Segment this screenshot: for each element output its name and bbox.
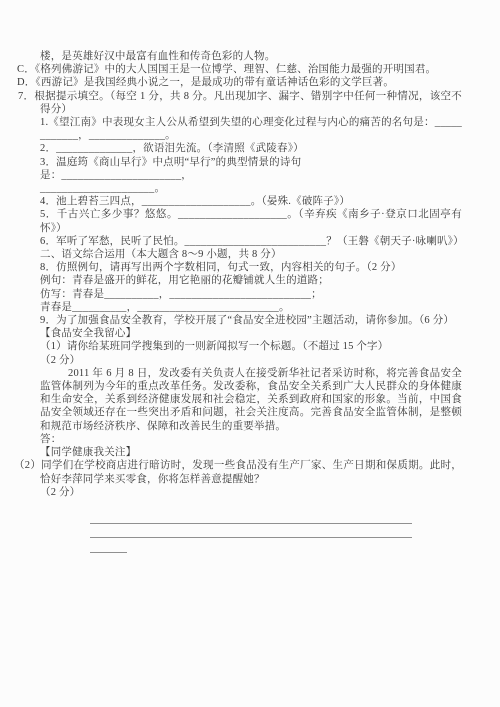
question-9: 9．为了加强食品安全教育，学校开展了“食品安全进校园”主题活动，请你参加。（6 … bbox=[40, 314, 462, 327]
imitation-line-2: 青春是__________，__________________________… bbox=[40, 301, 462, 314]
section-2-heading: 二、语文综合运用（本大题含 8～9 小题，共 8 分） bbox=[40, 248, 462, 261]
answer-label: 答： bbox=[40, 433, 462, 446]
scanned-exam-page: 楼，是英雄好汉中最富有血性和传奇色彩的人物。 C．《格列佛游记》中的大人国国王是… bbox=[0, 0, 500, 707]
subquestion-1: （1）请你给某班同学搜集到的一则新闻拟写一个标题。（不超过 15 个字） bbox=[40, 340, 462, 353]
question-7: 7．根据提示填空。（每空 1 分，共 8 分。凡出现加字、漏字、错别字中任何一种… bbox=[40, 90, 462, 116]
score-note-1: （2 分） bbox=[40, 354, 462, 367]
answer-line-2 bbox=[90, 525, 412, 538]
activity-header-2: 【同学健康我关注】 bbox=[40, 446, 462, 459]
fill-blank-2: 2．______________，欲语泪先流。（李清照《武陵春》） bbox=[40, 142, 462, 155]
answer-lines bbox=[90, 511, 462, 553]
fill-blank-4: 4．池上碧苔三四点，____________________。（晏殊.《破阵子》… bbox=[40, 195, 462, 208]
news-paragraph: 2011 年 6 月 8 日，发改委有关负责人在接受新华社记者采访时称，将完善食… bbox=[40, 367, 462, 433]
answer-line-1 bbox=[90, 511, 412, 524]
score-note-2: （2 分） bbox=[40, 486, 462, 499]
fill-blank-3-line1: 3．温庭筠《商山早行》中点明“早行”的典型情景的诗句 bbox=[40, 156, 462, 169]
fill-blank-6: 6．军听了军愁，民听了民怕。__________________________… bbox=[40, 235, 462, 248]
answer-line-3 bbox=[90, 539, 127, 553]
fill-blank-5: 5．千古兴亡多少事？悠悠。____________________。（辛弃疾《南… bbox=[40, 208, 462, 234]
fill-blank-3-line2: 是：______________________， bbox=[40, 169, 462, 182]
option-d: D．《西游记》是我国经典小说之一，是最成功的带有童话神话色彩的文学巨著。 bbox=[40, 76, 462, 89]
intro-continuation: 楼，是英雄好汉中最富有血性和传奇色彩的人物。 bbox=[40, 50, 462, 63]
subquestion-2: （2）同学们在学校商店进行暗访时，发现一些食品没有生产厂家、生产日期和保质期。此… bbox=[40, 459, 462, 485]
option-c: C．《格列佛游记》中的大人国国王是一位博学、理智、仁慈、治国能力最强的开明国君。 bbox=[40, 63, 462, 76]
question-8: 8．仿照例句，请再写出两个字数相同，句式一致，内容相关的句子。（2 分） bbox=[40, 261, 462, 274]
activity-header-1: 【食品安全我留心】 bbox=[40, 327, 462, 340]
fill-blank-3-line3: _____________________。 bbox=[40, 182, 462, 195]
fill-blank-1: 1.《望江南》中表现女主人公从希望到失望的心理变化过程与内心的痛苦的名句是：__… bbox=[40, 116, 462, 142]
imitation-line-1: 仿写：青春是__________，_______________________… bbox=[40, 288, 462, 301]
example-sentence: 例句：青春是盛开的鲜花，用它艳丽的花瓣铺就人生的道路； bbox=[40, 274, 462, 287]
